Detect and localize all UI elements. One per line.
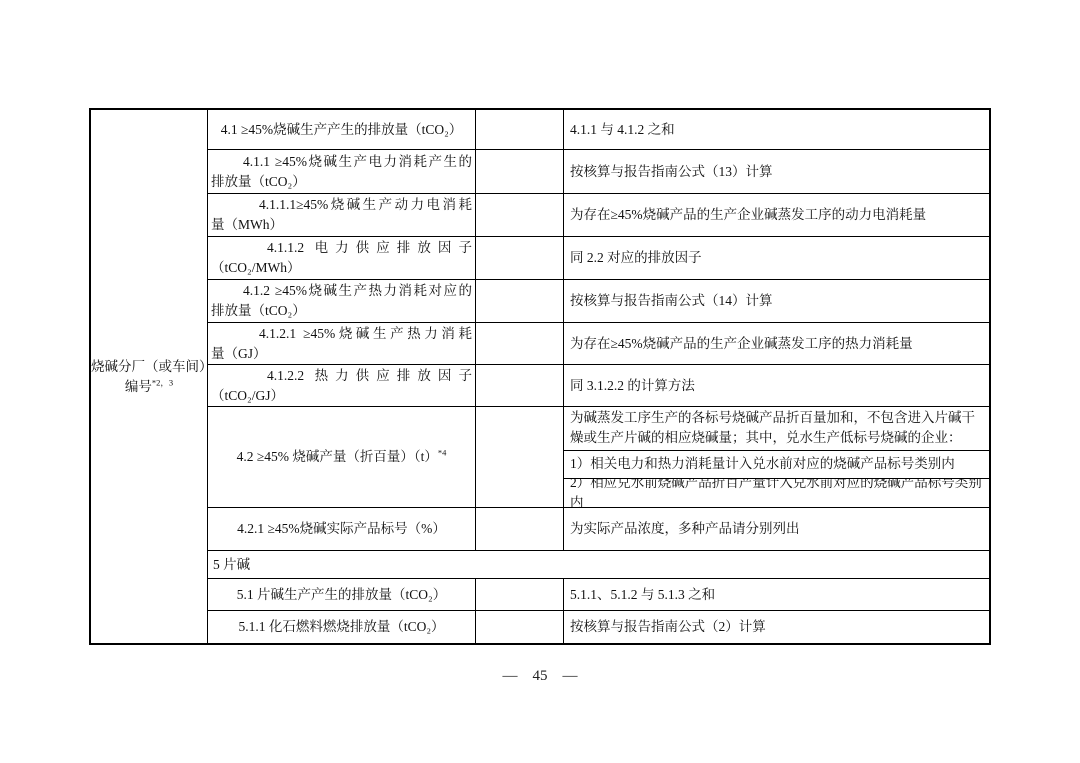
item-cell: 4.1.1.1≥45%烧碱生产动力电消耗 量（MWh） — [208, 194, 476, 236]
item-text: 5.1.1 化石燃料燃烧排放量（tCO₂） — [211, 617, 472, 637]
desc-cell: 5.1.1、5.1.2 与 5.1.3 之和 — [564, 579, 989, 610]
item-cell: 4.1 ≥45%烧碱生产产生的排放量（tCO₂） — [208, 110, 476, 149]
section-header-cell: 5 片碱 — [208, 551, 989, 578]
desc-text: 按核算与报告指南公式（13）计算 — [570, 162, 983, 182]
row-group-label-cell: 烧碱分厂（或车间） 编号*2，3 — [91, 110, 208, 643]
item-text: 4.2.1 ≥45%烧碱实际产品标号（%） — [211, 519, 472, 539]
item-text-line1: 4.1.2.2 热力供应排放因子 — [211, 366, 472, 386]
page-number: 45 — [533, 668, 548, 685]
desc-cell: 同 3.1.2.2 的计算方法 — [564, 365, 989, 406]
desc-cell: 4.1.1 与 4.1.2 之和 — [564, 110, 989, 149]
table-row-5-1: 5.1 片碱生产产生的排放量（tCO₂） 5.1.1、5.1.2 与 5.1.3… — [208, 578, 989, 610]
value-cell — [476, 508, 564, 550]
item-text-line2: 量（MWh） — [211, 215, 472, 235]
desc-text: 按核算与报告指南公式（2）计算 — [570, 617, 983, 637]
table-row-4-1-1-2: 4.1.1.2 电力供应排放因子 （tCO₂/MWh） 同 2.2 对应的排放因… — [208, 236, 989, 279]
item-cell: 4.2 ≥45% 烧碱产量（折百量）（t）*4 — [208, 407, 476, 507]
footnote-marker: *2，3 — [152, 377, 173, 387]
desc-cell: 为存在≥45%烧碱产品的生产企业碱蒸发工序的热力消耗量 — [564, 323, 989, 364]
item-cell: 5.1 片碱生产产生的排放量（tCO₂） — [208, 579, 476, 610]
item-text-line2: 量（GJ） — [211, 344, 472, 364]
desc-cell: 为实际产品浓度，多种产品请分别列出 — [564, 508, 989, 550]
desc-text: 按核算与报告指南公式（14）计算 — [570, 291, 983, 311]
value-cell — [476, 237, 564, 279]
item-text: 4.2 ≥45% 烧碱产量（折百量）（t）*4 — [211, 447, 472, 467]
desc-cell: 按核算与报告指南公式（2）计算 — [564, 611, 989, 643]
item-text-line1: 4.1.1.1≥45%烧碱生产动力电消耗 — [211, 195, 472, 215]
item-text-line1: 4.1.1.2 电力供应排放因子 — [211, 238, 472, 258]
desc-cell: 2）相应兑水前烧碱产品折百产量计入兑水前对应的烧碱产品标号类别内 — [564, 478, 989, 507]
item-text-line2: 排放量（tCO₂） — [211, 172, 472, 192]
value-cell — [476, 579, 564, 610]
table-row-5-1-1: 5.1.1 化石燃料燃烧排放量（tCO₂） 按核算与报告指南公式（2）计算 — [208, 610, 989, 643]
desc-cell: 为存在≥45%烧碱产品的生产企业碱蒸发工序的动力电消耗量 — [564, 194, 989, 236]
desc-text: 为实际产品浓度，多种产品请分别列出 — [570, 519, 983, 539]
value-cell — [476, 407, 564, 507]
item-text-line1: 4.1.1 ≥45%烧碱生产电力消耗产生的 — [211, 152, 472, 172]
table-row-4-1: 4.1 ≥45%烧碱生产产生的排放量（tCO₂） 4.1.1 与 4.1.2 之… — [208, 110, 989, 149]
footnote-marker: *4 — [438, 448, 447, 458]
desc-cell: 为碱蒸发工序生产的各标号烧碱产品折百量加和，不包含进入片碱干燥或生产片碱的相应烧… — [564, 407, 989, 450]
desc-text: 为碱蒸发工序生产的各标号烧碱产品折百量加和，不包含进入片碱干燥或生产片碱的相应烧… — [570, 408, 983, 448]
item-cell: 4.2.1 ≥45%烧碱实际产品标号（%） — [208, 508, 476, 550]
value-cell — [476, 110, 564, 149]
desc-stack: 为碱蒸发工序生产的各标号烧碱产品折百量加和，不包含进入片碱干燥或生产片碱的相应烧… — [564, 407, 989, 507]
desc-cell: 按核算与报告指南公式（13）计算 — [564, 150, 989, 193]
item-text-main: 4.2 ≥45% 烧碱产量（折百量）（t） — [237, 449, 438, 464]
desc-text: 4.1.1 与 4.1.2 之和 — [570, 120, 983, 140]
desc-text: 为存在≥45%烧碱产品的生产企业碱蒸发工序的动力电消耗量 — [570, 205, 983, 225]
value-cell — [476, 365, 564, 406]
table-row-4-1-2-2: 4.1.2.2 热力供应排放因子 （tCO₂/GJ） 同 3.1.2.2 的计算… — [208, 364, 989, 406]
table-row-4-2-1: 4.2.1 ≥45%烧碱实际产品标号（%） 为实际产品浓度，多种产品请分别列出 — [208, 507, 989, 550]
desc-text: 同 2.2 对应的排放因子 — [570, 248, 983, 268]
desc-text: 2）相应兑水前烧碱产品折百产量计入兑水前对应的烧碱产品标号类别内 — [570, 478, 983, 507]
desc-cell: 按核算与报告指南公式（14）计算 — [564, 280, 989, 322]
emissions-table: 烧碱分厂（或车间） 编号*2，3 4.1 ≥45%烧碱生产产生的排放量（tCO₂… — [89, 108, 991, 645]
row-group-label-line2: 编号*2，3 — [91, 377, 207, 397]
row-group-label-line1: 烧碱分厂（或车间） — [91, 357, 207, 377]
row-group-label-text: 编号 — [125, 379, 152, 394]
value-cell — [476, 280, 564, 322]
item-text: 4.1 ≥45%烧碱生产产生的排放量（tCO₂） — [211, 120, 472, 140]
desc-text: 5.1.1、5.1.2 与 5.1.3 之和 — [570, 585, 983, 605]
item-text-line2: 排放量（tCO₂） — [211, 301, 472, 321]
table-row-4-1-1: 4.1.1 ≥45%烧碱生产电力消耗产生的 排放量（tCO₂） 按核算与报告指南… — [208, 149, 989, 193]
value-cell — [476, 323, 564, 364]
item-text: 5.1 片碱生产产生的排放量（tCO₂） — [211, 585, 472, 605]
section-header-text: 5 片碱 — [213, 555, 250, 575]
item-cell: 4.1.2 ≥45%烧碱生产热力消耗对应的 排放量（tCO₂） — [208, 280, 476, 322]
document-page: 烧碱分厂（或车间） 编号*2，3 4.1 ≥45%烧碱生产产生的排放量（tCO₂… — [0, 0, 1080, 763]
item-text-line1: 4.1.2.1 ≥45%烧碱生产热力消耗 — [211, 324, 472, 344]
footer-dash-left: — — [503, 668, 518, 685]
table-section-row-5: 5 片碱 — [208, 550, 989, 578]
desc-cell: 同 2.2 对应的排放因子 — [564, 237, 989, 279]
desc-text: 同 3.1.2.2 的计算方法 — [570, 376, 983, 396]
item-text-line1: 4.1.2 ≥45%烧碱生产热力消耗对应的 — [211, 281, 472, 301]
value-cell — [476, 150, 564, 193]
footer-dash-right: — — [563, 668, 578, 685]
desc-text: 1）相关电力和热力消耗量计入兑水前对应的烧碱产品标号类别内 — [570, 454, 983, 474]
item-cell: 4.1.2.1 ≥45%烧碱生产热力消耗 量（GJ） — [208, 323, 476, 364]
item-text-line2: （tCO₂/MWh） — [211, 258, 472, 278]
item-cell: 4.1.1 ≥45%烧碱生产电力消耗产生的 排放量（tCO₂） — [208, 150, 476, 193]
value-cell — [476, 194, 564, 236]
table-row-4-1-2-1: 4.1.2.1 ≥45%烧碱生产热力消耗 量（GJ） 为存在≥45%烧碱产品的生… — [208, 322, 989, 364]
table-rows: 4.1 ≥45%烧碱生产产生的排放量（tCO₂） 4.1.1 与 4.1.2 之… — [208, 110, 989, 643]
item-cell: 5.1.1 化石燃料燃烧排放量（tCO₂） — [208, 611, 476, 643]
table-row-4-2: 4.2 ≥45% 烧碱产量（折百量）（t）*4 为碱蒸发工序生产的各标号烧碱产品… — [208, 406, 989, 507]
desc-text: 为存在≥45%烧碱产品的生产企业碱蒸发工序的热力消耗量 — [570, 334, 983, 354]
item-cell: 4.1.1.2 电力供应排放因子 （tCO₂/MWh） — [208, 237, 476, 279]
item-cell: 4.1.2.2 热力供应排放因子 （tCO₂/GJ） — [208, 365, 476, 406]
item-text-line2: （tCO₂/GJ） — [211, 386, 472, 406]
value-cell — [476, 611, 564, 643]
desc-cell: 1）相关电力和热力消耗量计入兑水前对应的烧碱产品标号类别内 — [564, 450, 989, 479]
page-footer: — 45 — — [0, 668, 1080, 685]
table-row-4-1-2: 4.1.2 ≥45%烧碱生产热力消耗对应的 排放量（tCO₂） 按核算与报告指南… — [208, 279, 989, 322]
table-row-4-1-1-1: 4.1.1.1≥45%烧碱生产动力电消耗 量（MWh） 为存在≥45%烧碱产品的… — [208, 193, 989, 236]
